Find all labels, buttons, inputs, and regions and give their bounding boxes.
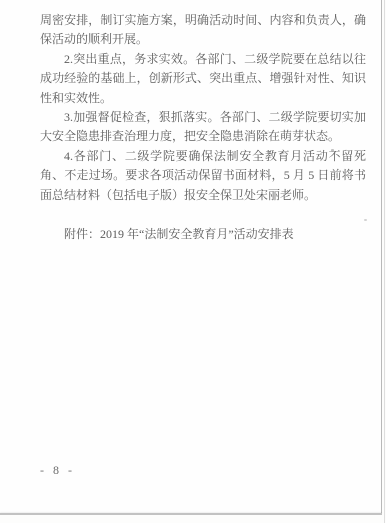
attachment-line: 附件：2019 年“法制安全教育月”活动安排表 [40,225,366,244]
body-paragraph: 4.各部门、二级学院要确保法制安全教育月活动不留死角、不走过场。要求各项活动保留… [40,147,366,205]
body-paragraph: 3.加强督促检查，狠抓落实。各部门、二级学院要切实加大安全隐患排查治理力度，把安… [40,108,366,147]
page-edge-vertical-line [381,0,382,514]
scan-speck [364,219,367,221]
scan-edge-line [384,0,385,523]
body-paragraph: 2.突出重点，务求实效。各部门、二级学院要在总结以往成功经验的基础上，创新形式、… [40,50,366,108]
document-body: 周密安排，制订实施方案，明确活动时间、内容和负责人，确保活动的顺利开展。 2.突… [40,11,366,244]
page-number: - 8 - [40,463,75,478]
scan-speck [331,149,334,152]
page-edge-horizontal-line [0,513,382,515]
body-paragraph: 周密安排，制订实施方案，明确活动时间、内容和负责人，确保活动的顺利开展。 [40,11,366,50]
scanned-page-sheet: 周密安排，制订实施方案，明确活动时间、内容和负责人，确保活动的顺利开展。 2.突… [0,0,381,514]
